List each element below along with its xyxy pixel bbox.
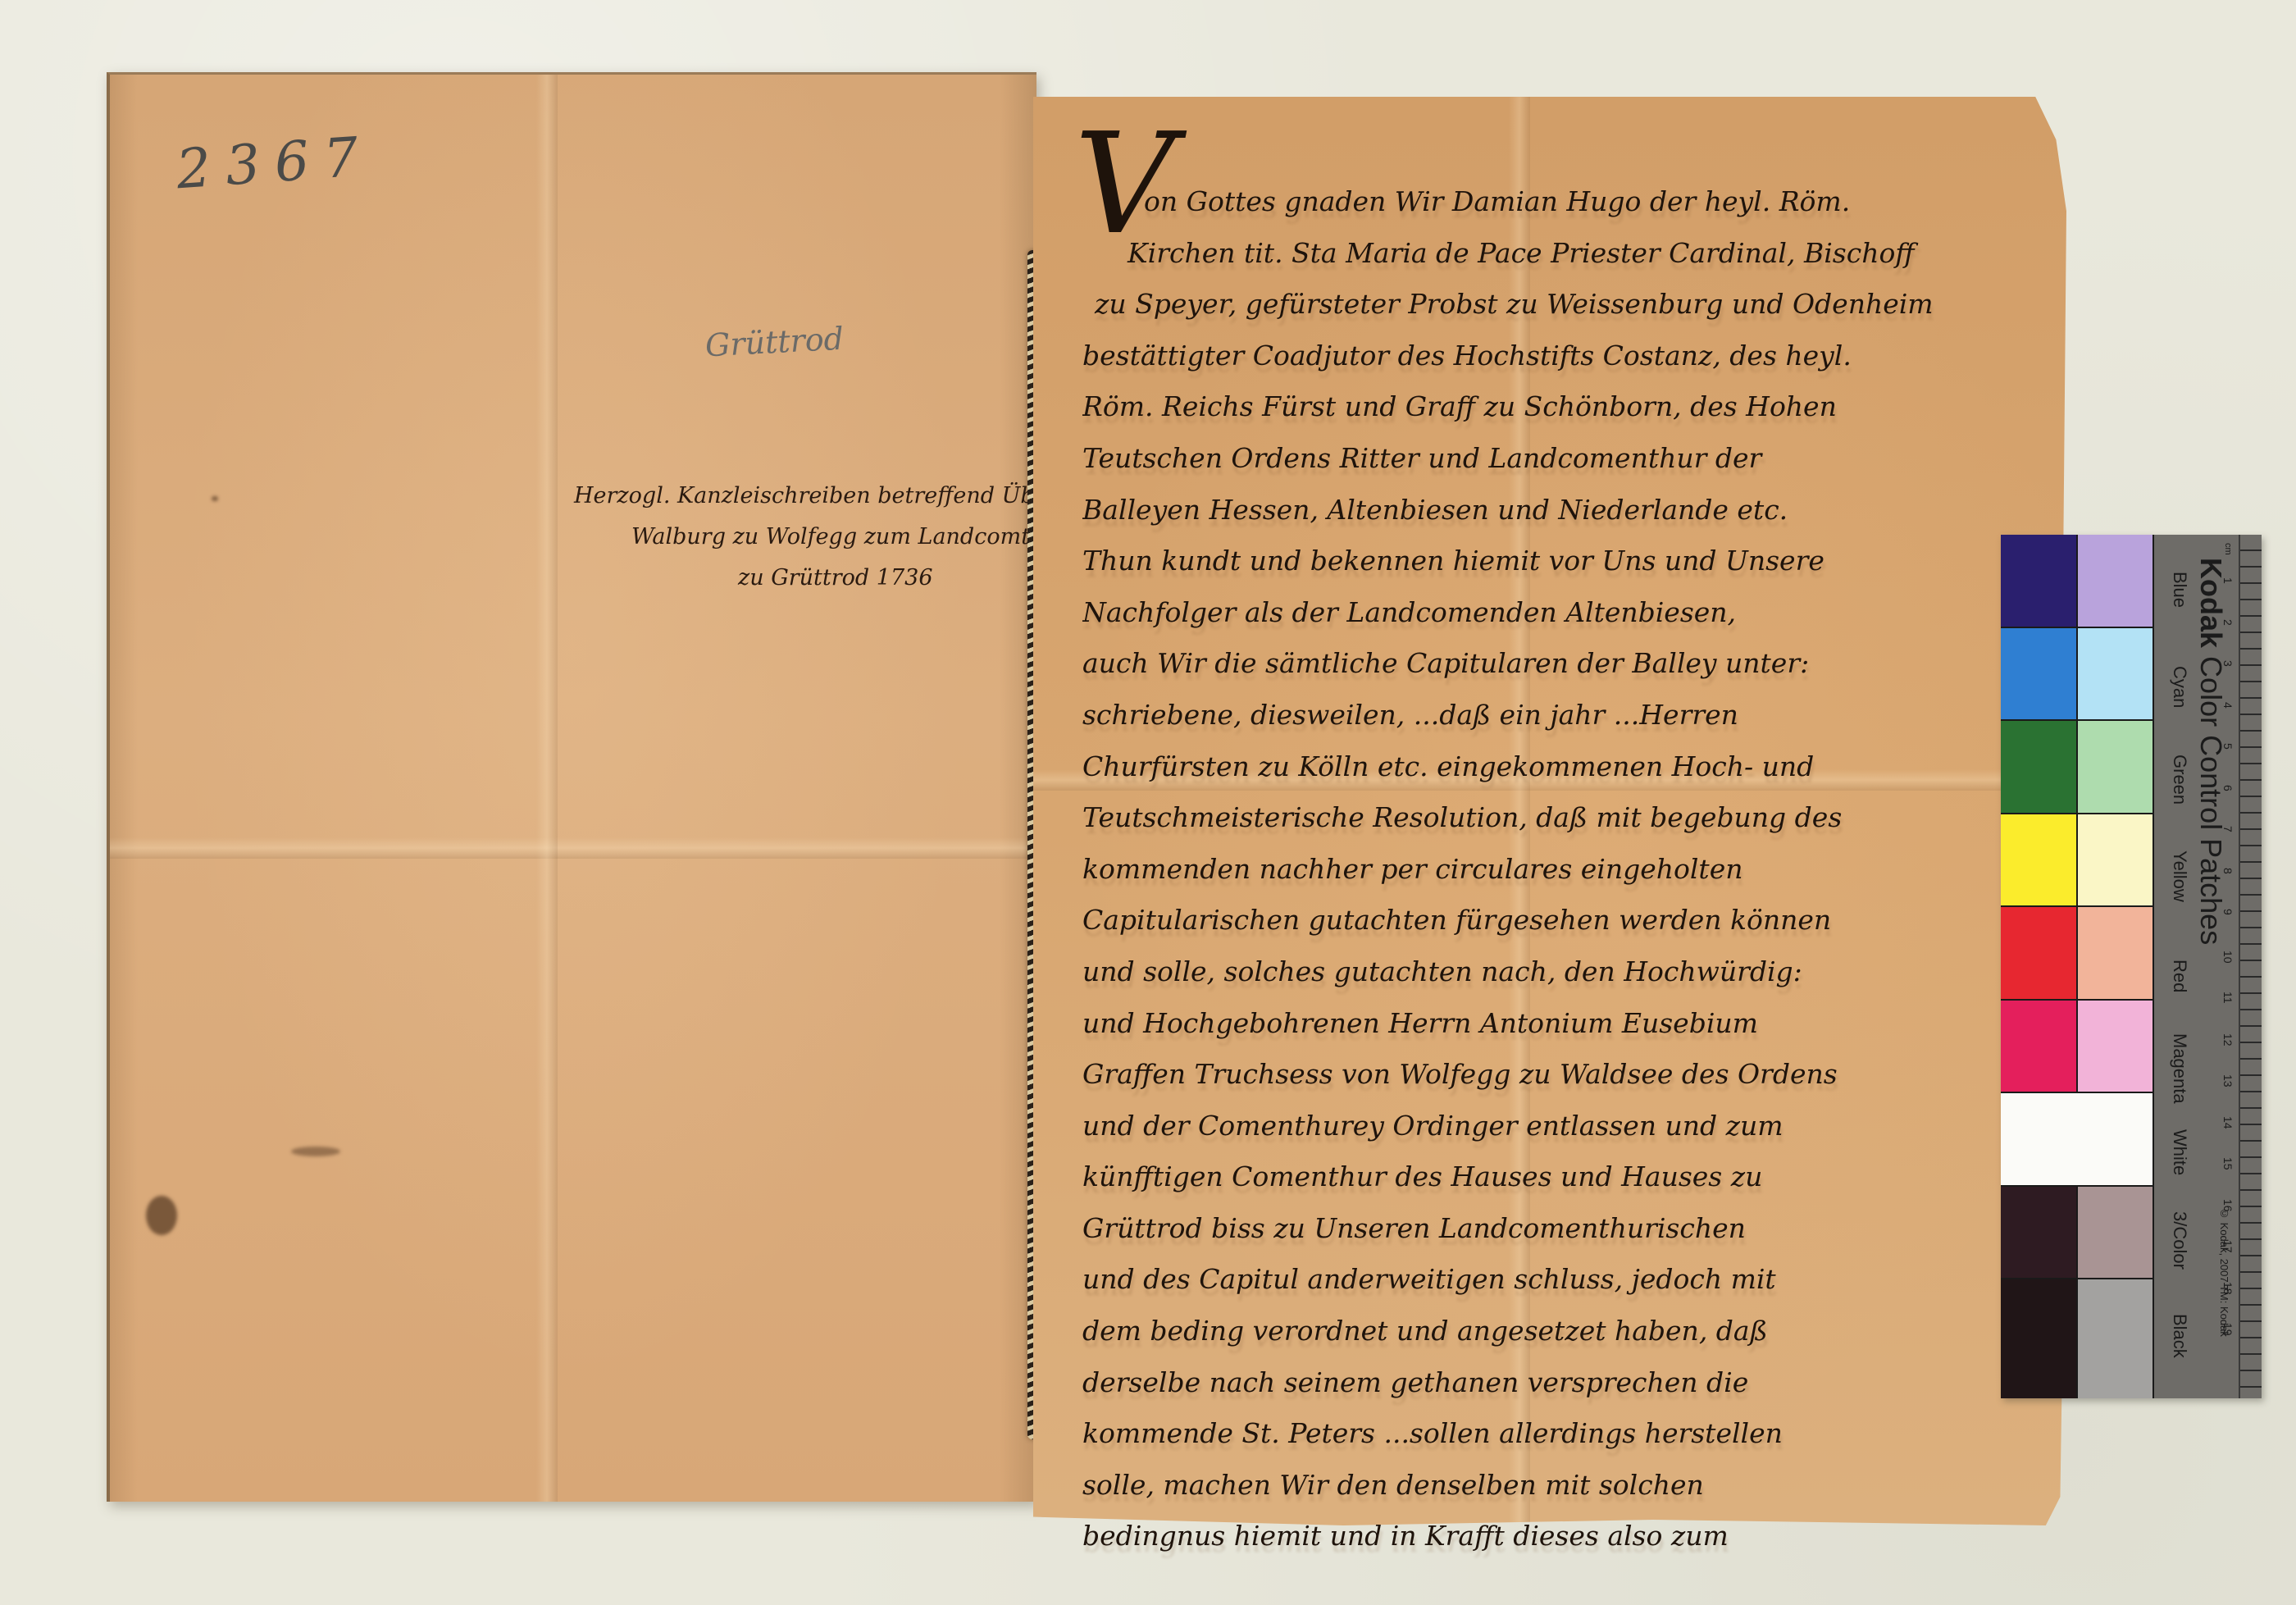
color-patch: [2001, 1279, 2078, 1398]
manuscript-line: und Hochgebohrenen Herrn Antonium Eusebi…: [1082, 998, 2017, 1050]
patch-row-magenta: [2001, 1001, 2154, 1094]
color-patch: [2001, 721, 2078, 813]
patch-label-cyan: Cyan: [2169, 666, 2190, 708]
patch-row-cyan: [2001, 628, 2154, 722]
manuscript-line: solle, machen Wir den denselben mit solc…: [1082, 1460, 2017, 1512]
manuscript-line: Capitularischen gutachten fürgesehen wer…: [1082, 895, 2017, 946]
color-patch-light: [2078, 1279, 2155, 1398]
manuscript-line: und der Comenthurey Ordinger entlassen u…: [1082, 1101, 2017, 1152]
patch-label-red: Red: [2169, 960, 2190, 992]
color-patch-light: [2078, 1001, 2155, 1092]
summary-line: Walburg zu Wolfegg zum Landcomthur: [574, 517, 1033, 558]
manuscript-line: Balleyen Hessen, Altenbiesen und Niederl…: [1082, 485, 2017, 536]
color-patches: [2001, 535, 2154, 1398]
cm-tick-label: 4: [2221, 702, 2234, 709]
cm-tick-label: 12: [2221, 1033, 2234, 1046]
patch-row-black: [2001, 1279, 2154, 1398]
patch-label-white: White: [2169, 1129, 2190, 1175]
cm-tick-label: 17: [2221, 1240, 2234, 1253]
color-patch-light: [2078, 721, 2155, 813]
color-patch-light: [2078, 814, 2155, 906]
cm-tick-label: 1: [2221, 577, 2234, 584]
color-patch: [2001, 1001, 2078, 1092]
patch-row-3color: [2001, 1187, 2154, 1280]
manuscript-line: dem beding verordnet und angesetzet habe…: [1082, 1306, 2017, 1357]
cm-tick-label: 19: [2221, 1323, 2234, 1336]
manuscript-line: bestättigter Coadjutor des Hochstifts Co…: [1082, 331, 2017, 382]
patch-label-blue: Blue: [2169, 572, 2190, 608]
manuscript-line: Röm. Reichs Fürst und Graff zu Schönborn…: [1082, 381, 2017, 433]
manuscript-line: und des Capitul anderweitigen schluss, j…: [1082, 1254, 2017, 1306]
cm-tick-label: 10: [2221, 951, 2234, 964]
vertical-fold: [536, 75, 558, 1502]
manuscript-line: auch Wir die sämtliche Capitularen der B…: [1082, 638, 2017, 690]
manuscript-line: Graffen Truchsess von Wolfegg zu Waldsee…: [1082, 1049, 2017, 1101]
manuscript-line: derselbe nach seinem gethanen verspreche…: [1082, 1357, 2017, 1409]
title-text: Color Control Patches: [2194, 656, 2228, 945]
manuscript-line: bedingnus hiemit und in Krafft dieses al…: [1082, 1511, 2017, 1562]
manuscript-line: on Gottes gnaden Wir Damian Hugo der hey…: [1082, 176, 2017, 228]
color-patch: [2001, 1093, 2154, 1185]
manuscript-text: V on Gottes gnaden Wir Damian Hugo der h…: [1082, 176, 2017, 1562]
patch-label-green: Green: [2169, 755, 2190, 805]
manuscript-line: kommende St. Peters ...sollen allerdings…: [1082, 1408, 2017, 1460]
patch-row-green: [2001, 721, 2154, 814]
patch-label-yellow: Yellow: [2169, 850, 2190, 902]
cm-tick-label: 7: [2221, 826, 2234, 832]
cm-tick-label: 6: [2221, 785, 2234, 791]
cm-tick-label: 9: [2221, 909, 2234, 915]
cm-tick-label: 2: [2221, 619, 2234, 626]
color-patch: [2001, 1187, 2078, 1279]
manuscript-line: Nachfolger als der Landcomenden Altenbie…: [1082, 587, 2017, 639]
summary-line: zu Grüttrod 1736: [574, 558, 1033, 599]
cm-tick-label: 18: [2221, 1282, 2234, 1295]
manuscript-line: Churfürsten zu Kölln etc. eingekommenen …: [1082, 741, 2017, 793]
manuscript-line: künfftigen Comenthur des Hauses und Haus…: [1082, 1151, 2017, 1203]
decorated-initial: V: [1074, 115, 1175, 254]
manuscript-line: und solle, solches gutachten nach, den H…: [1082, 946, 2017, 998]
horizontal-fold: [110, 837, 1036, 859]
manuscript-line: Grüttrod biss zu Unseren Landcomenthuris…: [1082, 1203, 2017, 1255]
patch-label-3color: 3/Color: [2169, 1211, 2190, 1270]
patch-label-magenta: Magenta: [2169, 1033, 2190, 1104]
color-patch: [2001, 628, 2078, 720]
manuscript-line: Thun kundt und bekennen hiemit vor Uns u…: [1082, 536, 2017, 587]
manuscript-line: schriebene, diesweilen, ...daß ein jahr …: [1082, 690, 2017, 741]
patch-row-yellow: [2001, 814, 2154, 908]
cm-unit-label: cm: [2223, 543, 2233, 555]
manuscript-line: Teutschen Ordens Ritter und Landcomenthu…: [1082, 433, 2017, 485]
ink-stain: [291, 1147, 340, 1156]
patch-row-blue: [2001, 535, 2154, 628]
patch-row-white: [2001, 1093, 2154, 1187]
cm-tick-label: 16: [2221, 1199, 2234, 1212]
color-patch: [2001, 814, 2078, 906]
cm-tick-label: 13: [2221, 1074, 2234, 1087]
cm-tick-label: 15: [2221, 1157, 2234, 1170]
summary-line: Herzogl. Kanzleischreiben betreffend Übe…: [574, 476, 1033, 517]
color-target-title: Kodak Color Control Patches: [2193, 558, 2228, 945]
kodak-logo: Kodak: [2194, 558, 2228, 648]
color-patch-light: [2078, 1187, 2155, 1279]
left-page-cover: [107, 72, 1036, 1502]
cm-tick-label: 5: [2221, 743, 2234, 750]
kodak-color-target: Kodak Color Control Patches Blue Cyan Gr…: [2001, 535, 2262, 1398]
manuscript-line: kommenden nachher per circulares eingeho…: [1082, 844, 2017, 896]
color-patch: [2001, 907, 2078, 999]
ink-dot: [212, 496, 218, 501]
cm-tick-label: 3: [2221, 660, 2234, 667]
patch-row-red: [2001, 907, 2154, 1001]
patch-label-black: Black: [2169, 1314, 2190, 1358]
ruler-scale: [2239, 535, 2262, 1398]
cm-tick-label: 8: [2221, 868, 2234, 874]
ink-stain: [146, 1196, 177, 1235]
cm-tick-label: 11: [2221, 992, 2234, 1004]
color-patch-light: [2078, 535, 2155, 627]
cm-tick-label: 14: [2221, 1116, 2234, 1129]
color-patch: [2001, 535, 2078, 627]
color-patch-light: [2078, 628, 2155, 720]
copyright-text: © Kodak, 2007 TM: Kodak: [2218, 1207, 2230, 1337]
cover-summary: Herzogl. Kanzleischreiben betreffend Übe…: [574, 476, 1033, 599]
manuscript-line: Teutschmeisterische Resolution, daß mit …: [1082, 792, 2017, 844]
color-patch-light: [2078, 907, 2155, 999]
manuscript-line: zu Speyer, gefürsteter Probst zu Weissen…: [1082, 279, 2017, 331]
pencil-heading: Grüttrod: [704, 321, 845, 364]
manuscript-line: Kirchen tit. Sta Maria de Pace Priester …: [1082, 228, 2017, 280]
